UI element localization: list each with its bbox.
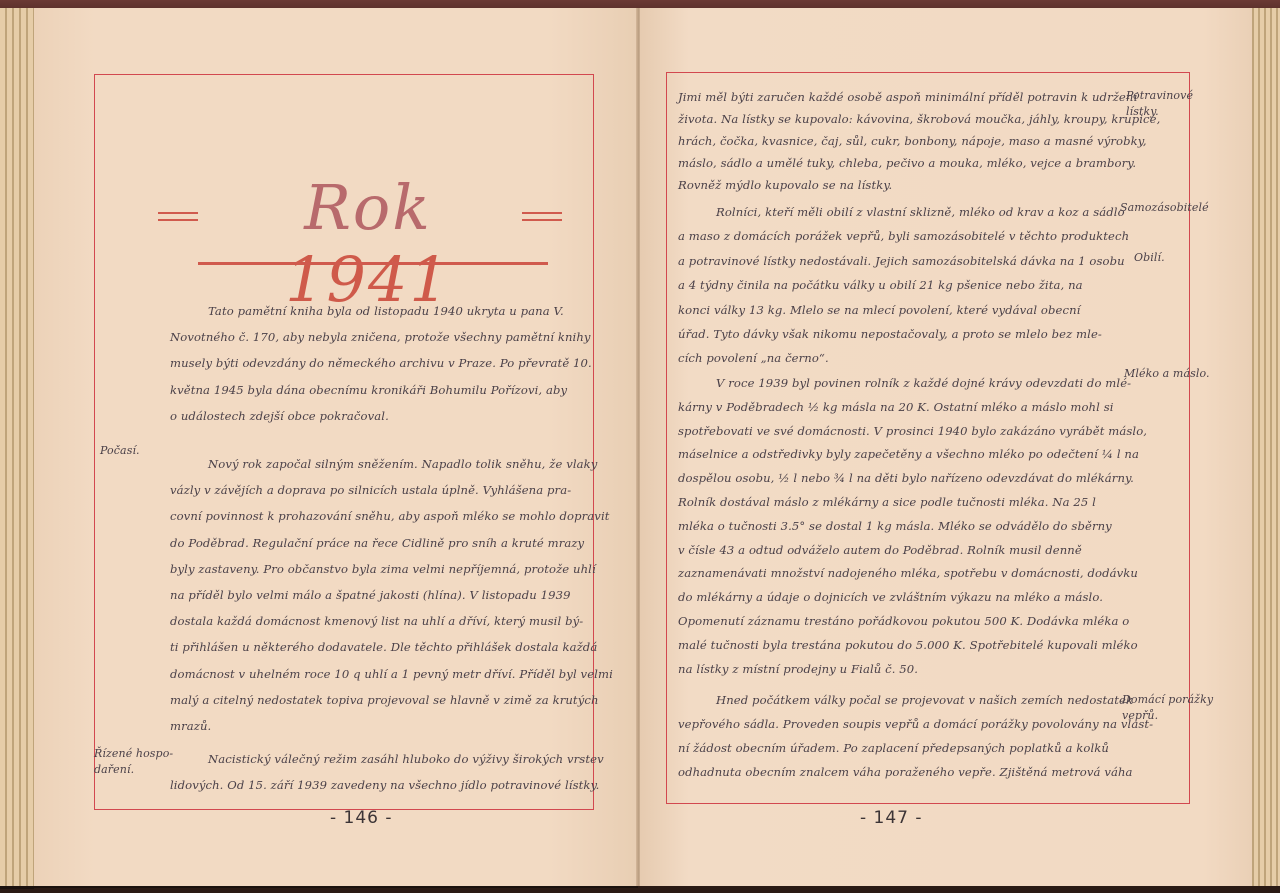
text-line: cích povolení „na černo“. <box>678 346 1129 370</box>
text-line: úřad. Tyto dávky však nikomu nepostačova… <box>678 322 1129 346</box>
text-line: a 4 týdny činila na počátku války u obil… <box>678 273 1129 297</box>
text-line: května 1945 byla dána obecnímu kronikáři… <box>170 377 592 403</box>
title-word: Rok <box>304 171 432 244</box>
text-line: Opomenutí záznamu trestáno pořádkovou po… <box>678 610 1147 634</box>
margin-note: Obilí. <box>1134 250 1165 266</box>
text-line: dostala každá domácnost kmenový list na … <box>170 608 613 634</box>
margin-note: Počasí. <box>100 443 140 459</box>
page-number: - 147 - <box>860 808 923 828</box>
text-line: v čísle 43 a odtud odváželo autem do Pod… <box>678 539 1147 563</box>
text-line: ti přihlášen u některého dodavatele. Dle… <box>170 634 613 660</box>
text-line: malé tučnosti byla trestána pokutou do 5… <box>678 634 1147 658</box>
text-line: Novotného č. 170, aby nebyla zničena, pr… <box>170 324 592 350</box>
text-line: musely býti odevzdány do německého archi… <box>170 350 592 376</box>
text-line: máslo, sádlo a umělé tuky, chleba, pečiv… <box>678 152 1160 174</box>
text-line: o událostech zdejší obce pokračoval. <box>170 403 592 429</box>
text-line: lidových. Od 15. září 1939 zavedeny na v… <box>170 772 604 798</box>
open-book: Rok 1941 Tato pamětní kniha byla od list… <box>0 0 1280 893</box>
text-line: do mlékárny a údaje o dojnicích ve zvláš… <box>678 586 1147 610</box>
page-number: - 146 - <box>330 808 393 828</box>
title-dash-right <box>522 212 562 221</box>
title-underline <box>198 262 548 265</box>
text-line: máselnice a odstředivky byly zapečetěny … <box>678 443 1147 467</box>
text-line: dospělou osobu, ½ l nebo ¾ l na děti byl… <box>678 467 1147 491</box>
text-line: vázly v závějích a doprava po silnicích … <box>170 477 613 503</box>
text-line: do Poděbrad. Regulační práce na řece Cid… <box>170 530 613 556</box>
margin-note: Samozásobitelé <box>1120 200 1209 216</box>
text-line: Rolník dostával máslo z mlékárny a sice … <box>678 491 1147 515</box>
page-stack-edge-right <box>1252 8 1280 886</box>
paragraph: V roce 1939 byl povinen rolník z každé d… <box>678 372 1147 681</box>
chapter-title: Rok 1941 <box>158 168 558 268</box>
page-stack-edge-left <box>0 8 34 889</box>
paragraph: Jimi měl býti zaručen každé osobě aspoň … <box>678 86 1160 196</box>
text-line: a maso z domácích porážek vepřů, byli sa… <box>678 224 1129 248</box>
text-line: hrách, čočka, kvasnice, čaj, sůl, cukr, … <box>678 130 1160 152</box>
text-line: Rovněž mýdlo kupovalo se na lístky. <box>678 174 1160 196</box>
text-line: života. Na lístky se kupovalo: kávovina,… <box>678 108 1160 130</box>
paragraph: Hned počátkem války počal se projevovat … <box>678 688 1153 784</box>
text-line: Nový rok započal silným sněžením. Napadl… <box>170 451 613 477</box>
text-line: vepřového sádla. Proveden soupis vepřů a… <box>678 712 1153 736</box>
text-line: byly zastaveny. Pro občanstvo byla zima … <box>170 556 613 582</box>
text-line: Jimi měl býti zaručen každé osobě aspoň … <box>678 86 1160 108</box>
text-line: Tato pamětní kniha byla od listopadu 194… <box>170 298 592 324</box>
text-line: zaznamenávati množství nadojeného mléka,… <box>678 562 1147 586</box>
text-line: spotřebovati ve své domácnosti. V prosin… <box>678 420 1147 444</box>
text-line: malý a citelný nedostatek topiva projevo… <box>170 687 613 713</box>
paragraph: Nový rok započal silným sněžením. Napadl… <box>170 451 613 739</box>
text-line: mrazů. <box>170 713 613 739</box>
paragraph: Tato pamětní kniha byla od listopadu 194… <box>170 298 592 429</box>
text-line: covní povinnost k prohazování sněhu, aby… <box>170 503 613 529</box>
right-page: Potravinové lístky. Jimi měl býti zaruče… <box>640 8 1252 886</box>
text-line: a potravinové lístky nedostávali. Jejich… <box>678 249 1129 273</box>
left-page: Rok 1941 Tato pamětní kniha byla od list… <box>34 8 638 888</box>
paragraph: Nacistický válečný režim zasáhl hluboko … <box>170 746 604 798</box>
text-line: Nacistický válečný režim zasáhl hluboko … <box>170 746 604 772</box>
text-line: konci války 13 kg. Mlelo se na mlecí pov… <box>678 298 1129 322</box>
text-line: mléka o tučnosti 3.5° se dostal 1 kg más… <box>678 515 1147 539</box>
text-line: V roce 1939 byl povinen rolník z každé d… <box>678 372 1147 396</box>
text-line: kárny v Poděbradech ½ kg másla na 20 K. … <box>678 396 1147 420</box>
text-line: domácnost v uhelném roce 10 q uhlí a 1 p… <box>170 661 613 687</box>
paragraph: Rolníci, kteří měli obilí z vlastní skli… <box>678 200 1129 371</box>
text-line: Rolníci, kteří měli obilí z vlastní skli… <box>678 200 1129 224</box>
title-text: Rok 1941 <box>218 172 518 316</box>
text-line: na příděl bylo velmi málo a špatné jakos… <box>170 582 613 608</box>
text-line: ní žádost obecním úřadem. Po zaplacení p… <box>678 736 1153 760</box>
title-dash-left <box>158 212 198 221</box>
margin-note: Řízené hospo- daření. <box>94 746 173 778</box>
text-line: Hned počátkem války počal se projevovat … <box>678 688 1153 712</box>
text-line: na lístky z místní prodejny u Fialů č. 5… <box>678 658 1147 682</box>
text-line: odhadnuta obecním znalcem váha poraženéh… <box>678 760 1153 784</box>
